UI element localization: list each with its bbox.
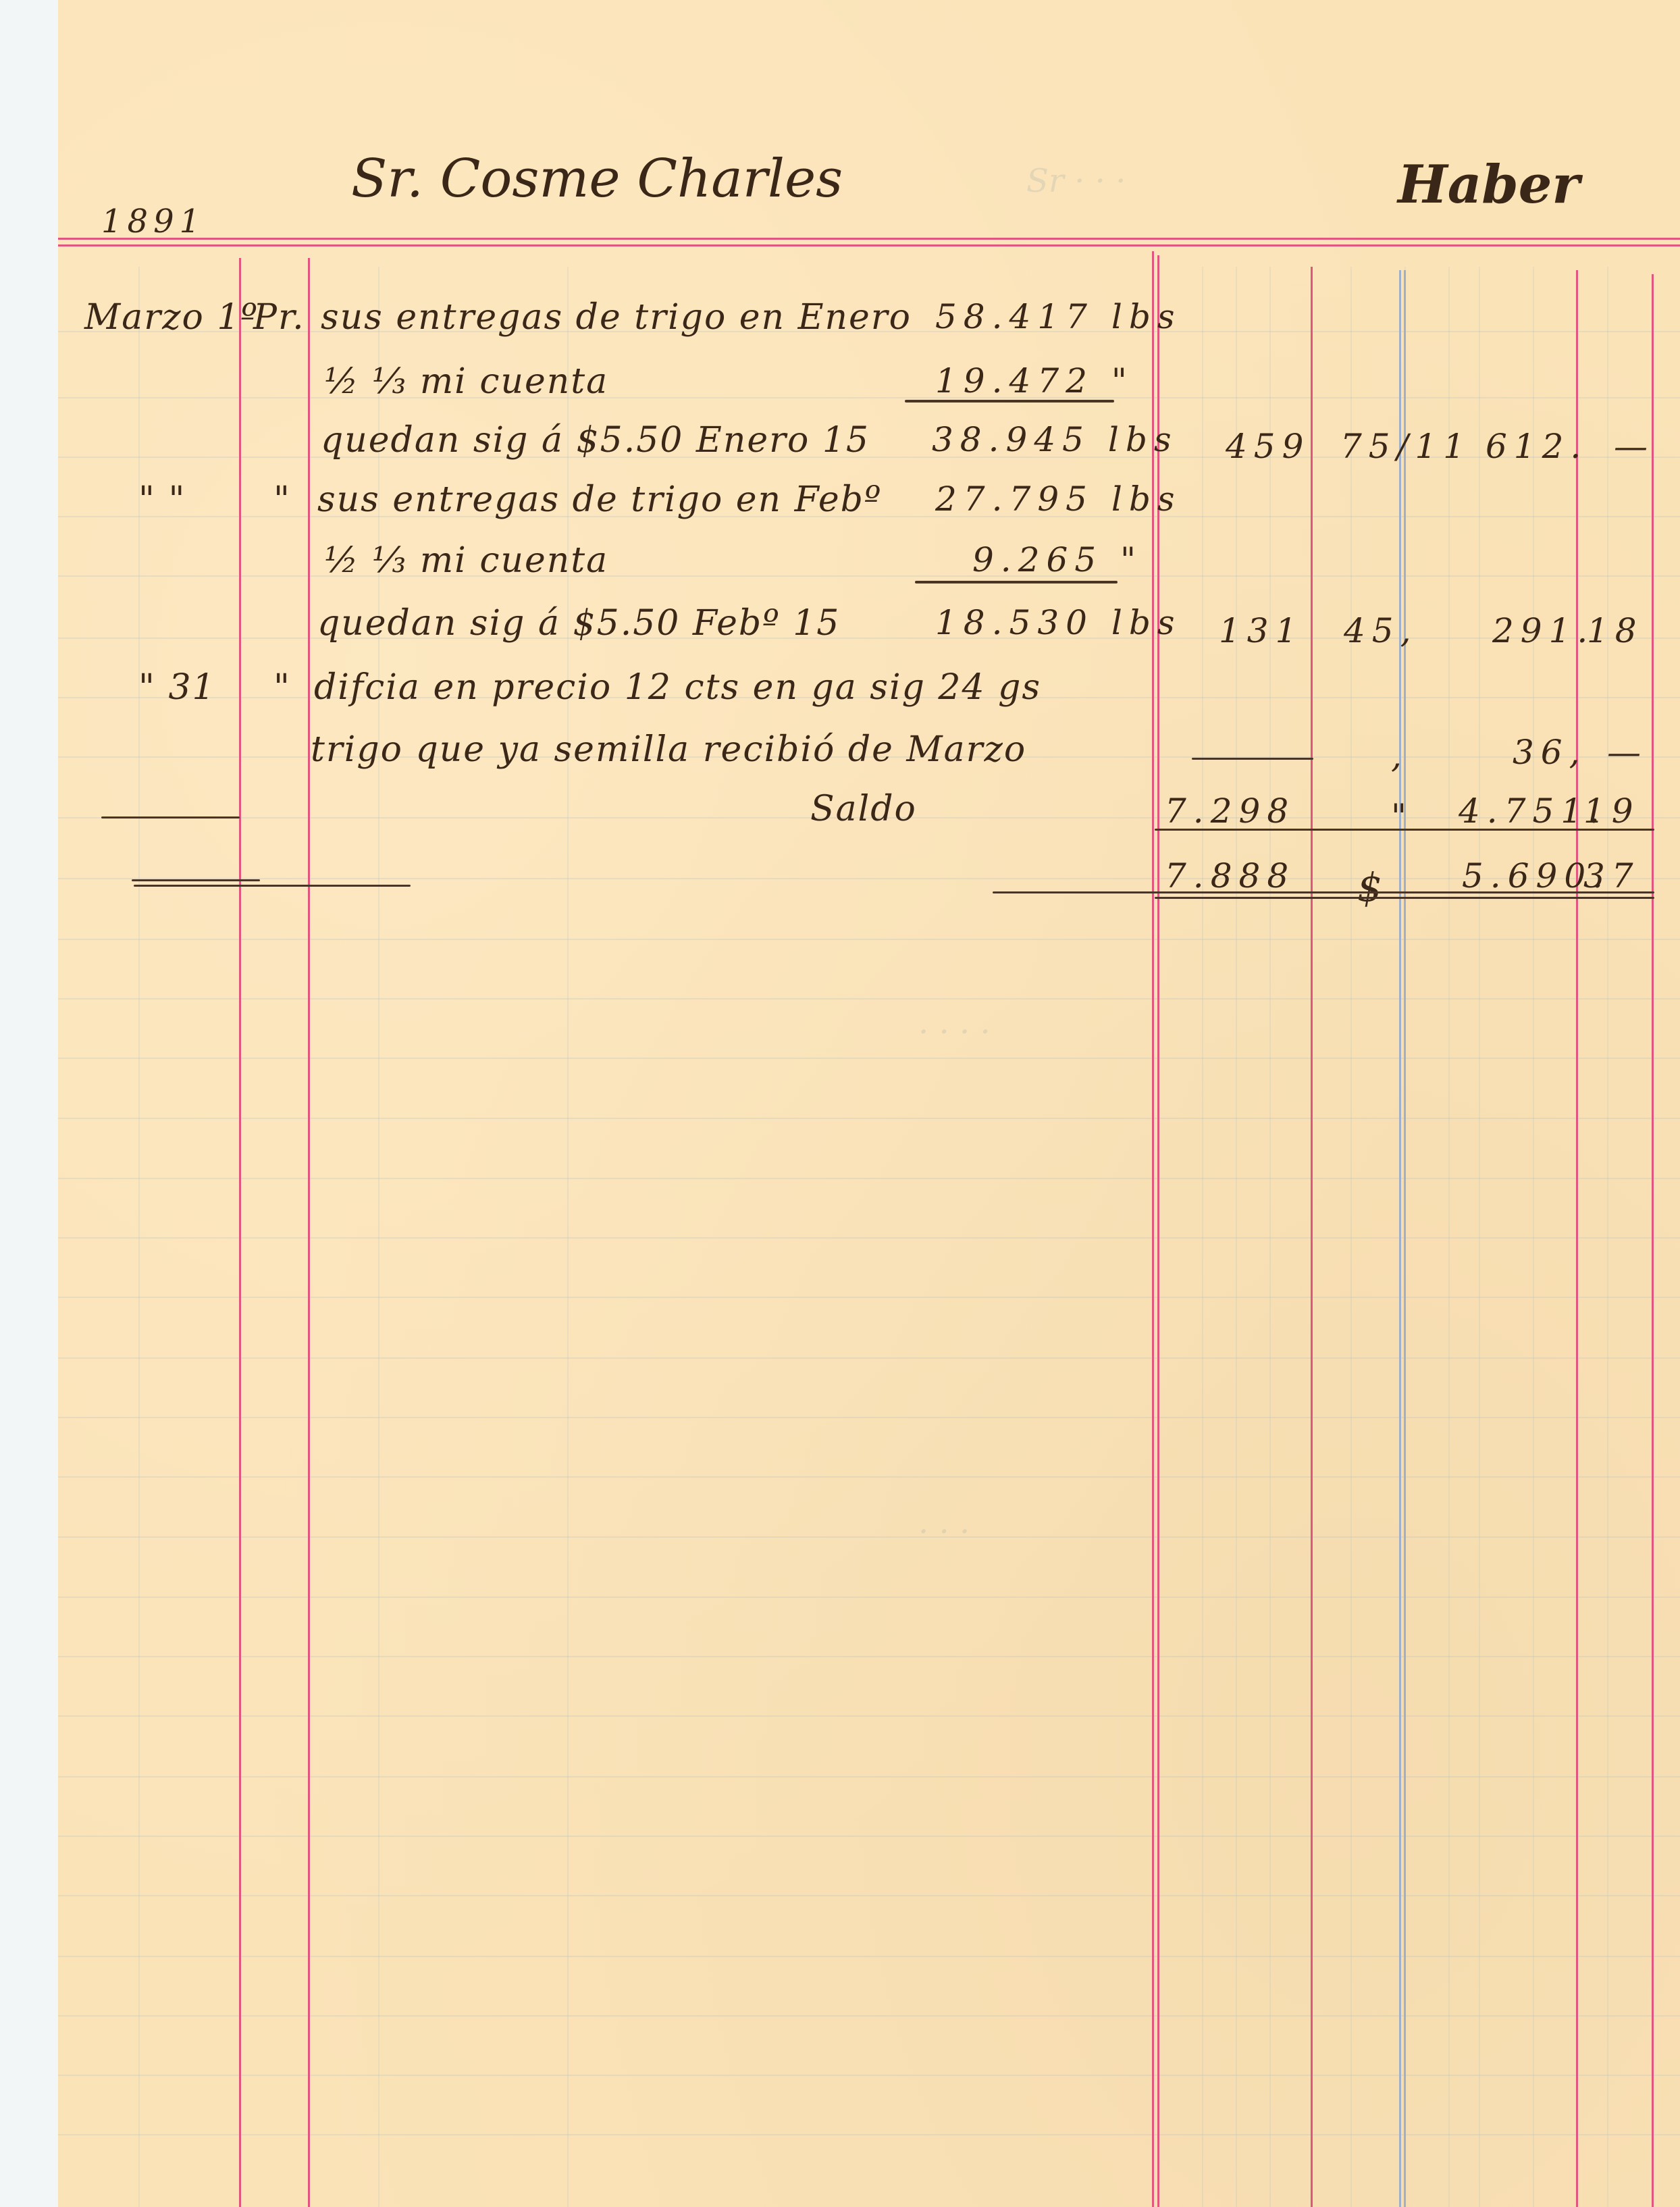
total-double-rule-a	[993, 891, 1654, 893]
entry-description: trigo que ya semilla recibió de Marzo	[311, 729, 1026, 770]
entry-ref: Pr.	[253, 297, 305, 338]
left-closing-rule-b	[134, 885, 411, 887]
entry-amount: 612.	[1486, 427, 1587, 466]
entry-quantity: 131	[1219, 611, 1303, 650]
entry-measure: 58.417 lbs	[935, 297, 1182, 336]
entry-cents: —	[1614, 427, 1654, 466]
total-double-rule-b	[1155, 897, 1654, 899]
saldo-underline	[1155, 829, 1654, 831]
entry-amount: 291.	[1492, 611, 1594, 650]
entry-amount: 36,	[1513, 733, 1587, 772]
entry-measure: 27.795 lbs	[935, 479, 1182, 519]
entry-measure: 18.530 lbs	[935, 603, 1182, 642]
saldo-label: Saldo	[810, 789, 917, 829]
subtraction-underline	[915, 581, 1118, 583]
entry-cents: —	[1607, 733, 1648, 772]
entry-price: 75/11	[1340, 427, 1471, 466]
price-divider-blue-b	[1404, 270, 1406, 2207]
quantity-column-rule-b	[1157, 255, 1159, 2207]
price-column-rule	[1311, 267, 1313, 2207]
amount-column-rule	[1576, 270, 1578, 2207]
saldo-left-stroke	[101, 816, 240, 819]
cents-column-rule	[1652, 274, 1654, 2207]
entry-ref: "	[273, 479, 291, 520]
entry-description: ½ ⅓ mi cuenta	[324, 540, 608, 581]
entry-description: difcia en precio 12 cts en ga sig 24 gs	[314, 667, 1041, 708]
entry-price: 45,	[1344, 611, 1418, 650]
entry-measure: 38.945 lbs	[932, 420, 1178, 459]
entry-ref: "	[273, 667, 291, 708]
entry-date: " 31	[138, 667, 216, 708]
header-rule-top	[58, 238, 1680, 240]
total-quantity: 7.888	[1165, 856, 1295, 895]
entry-description: quedan sig á $5.50 Enero 15	[321, 420, 870, 461]
left-closing-rule-a	[132, 879, 260, 881]
year: 1891	[101, 203, 205, 240]
total-cents: 37	[1583, 856, 1640, 895]
date-column-rule	[239, 258, 241, 2207]
entry-quantity: 459	[1226, 427, 1310, 466]
saldo-quantity: 7.298	[1165, 791, 1295, 831]
saldo-cents: 19	[1583, 791, 1640, 831]
quantity-column-rule-a	[1152, 251, 1154, 2207]
entry-description: ½ ⅓ mi cuenta	[324, 361, 608, 402]
price-divider-blue-a	[1399, 270, 1401, 2207]
entry-price: ,	[1391, 736, 1409, 775]
entry-measure: 19.472 "	[935, 361, 1134, 400]
quantity-dash	[1192, 758, 1313, 760]
entry-description: sus entregas de trigo en Enero	[321, 297, 912, 338]
subtraction-underline	[905, 400, 1114, 403]
entry-description: sus entregas de trigo en Febº	[317, 479, 882, 520]
entry-date: Marzo 1º	[84, 297, 259, 338]
haber-label: Haber	[1398, 154, 1580, 215]
entry-measure: 9.265 "	[972, 540, 1143, 579]
account-title: Sr. Cosme Charles	[351, 149, 843, 209]
entry-date: " "	[138, 479, 186, 520]
total-currency: $	[1357, 864, 1389, 910]
ref-column-rule	[308, 258, 310, 2207]
header-rule-bottom	[58, 244, 1680, 246]
entry-cents: 18	[1587, 611, 1644, 650]
entry-description: quedan sig á $5.50 Febº 15	[317, 603, 840, 644]
